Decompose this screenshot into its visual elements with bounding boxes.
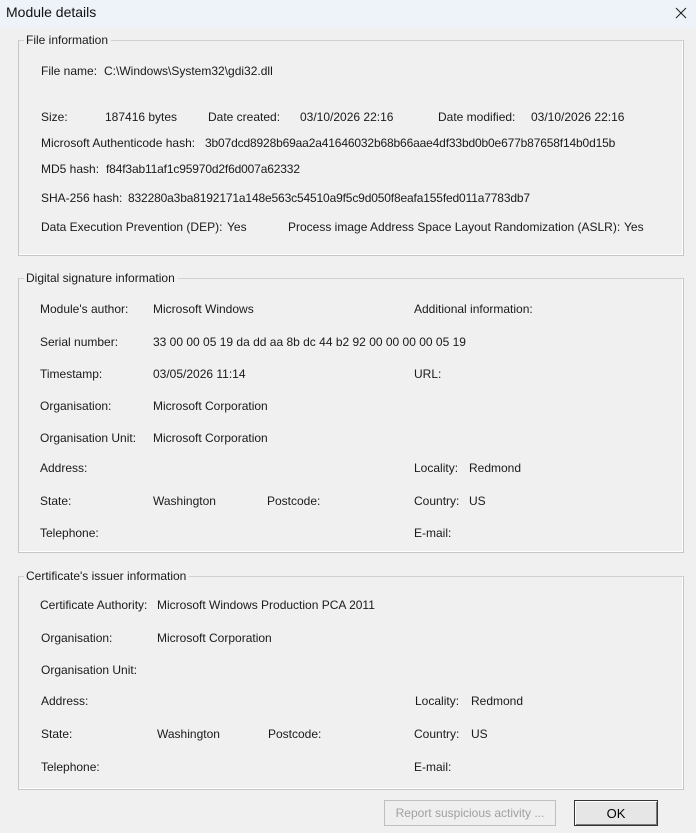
issuer-org-unit-label: Organisation Unit: xyxy=(41,663,137,677)
close-icon xyxy=(675,7,687,19)
file-name-value: C:\Windows\System32\gdi32.dll xyxy=(104,64,273,78)
sig-country-label: Country: xyxy=(414,494,459,508)
date-created-label: Date created: xyxy=(208,110,280,124)
window-title: Module details xyxy=(6,4,96,20)
authenticode-hash-label: Microsoft Authenticode hash: xyxy=(41,136,195,150)
sig-author-value: Microsoft Windows xyxy=(153,302,254,316)
sig-org-value: Microsoft Corporation xyxy=(153,399,268,413)
issuer-state-value: Washington xyxy=(157,727,220,741)
sig-country-value: US xyxy=(469,494,486,508)
title-bar: Module details xyxy=(0,0,696,27)
sig-address-label: Address: xyxy=(40,461,87,475)
issuer-country-value: US xyxy=(471,727,488,741)
issuer-ca-value: Microsoft Windows Production PCA 2011 xyxy=(157,598,375,612)
md5-hash-label: MD5 hash: xyxy=(41,162,99,176)
sig-postcode-label: Postcode: xyxy=(267,494,320,508)
issuer-state-label: State: xyxy=(41,727,72,741)
size-label: Size: xyxy=(41,110,68,124)
issuer-postcode-label: Postcode: xyxy=(268,727,321,741)
md5-hash-value: f84f3ab11af1c95970d2f6d007a62332 xyxy=(106,162,300,176)
authenticode-hash-value: 3b07dcd8928b69aa2a41646032b68b66aae4df33… xyxy=(205,136,615,150)
sig-state-value: Washington xyxy=(153,494,216,508)
sig-url-label: URL: xyxy=(414,367,441,381)
date-modified-label: Date modified: xyxy=(438,110,515,124)
issuer-address-label: Address: xyxy=(41,694,88,708)
sig-locality-label: Locality: xyxy=(414,461,458,475)
sig-org-unit-label: Organisation Unit: xyxy=(40,431,136,445)
date-modified-value: 03/10/2026 22:16 xyxy=(531,110,624,124)
certificate-issuer-legend: Certificate's issuer information xyxy=(24,570,189,582)
issuer-locality-value: Redmond xyxy=(471,694,523,708)
digital-signature-legend: Digital signature information xyxy=(24,272,178,284)
file-name-label: File name: xyxy=(41,64,97,78)
sig-state-label: State: xyxy=(40,494,71,508)
aslr-label: Process image Address Space Layout Rando… xyxy=(288,220,620,234)
dep-value: Yes xyxy=(227,220,247,234)
aslr-value: Yes xyxy=(624,220,644,234)
issuer-telephone-label: Telephone: xyxy=(41,760,100,774)
close-button[interactable] xyxy=(666,0,696,25)
sha256-hash-label: SHA-256 hash: xyxy=(41,191,122,205)
size-value: 187416 bytes xyxy=(105,110,177,124)
dep-label: Data Execution Prevention (DEP): xyxy=(41,220,222,234)
sig-telephone-label: Telephone: xyxy=(40,526,99,540)
sig-locality-value: Redmond xyxy=(469,461,521,475)
issuer-org-label: Organisation: xyxy=(41,631,112,645)
report-suspicious-activity-button[interactable]: Report suspicious activity ... xyxy=(384,800,556,826)
date-created-value: 03/10/2026 22:16 xyxy=(300,110,393,124)
sig-org-label: Organisation: xyxy=(40,399,111,413)
sig-timestamp-label: Timestamp: xyxy=(40,367,102,381)
sig-email-label: E-mail: xyxy=(414,526,451,540)
sig-org-unit-value: Microsoft Corporation xyxy=(153,431,268,445)
sig-timestamp-value: 03/05/2026 11:14 xyxy=(153,367,246,381)
issuer-org-value: Microsoft Corporation xyxy=(157,631,272,645)
module-details-dialog: Module details File information File nam… xyxy=(0,0,696,833)
ok-button[interactable]: OK xyxy=(574,800,658,826)
sig-serial-value: 33 00 00 05 19 da dd aa 8b dc 44 b2 92 0… xyxy=(153,335,466,349)
issuer-ca-label: Certificate Authority: xyxy=(40,598,147,612)
issuer-locality-label: Locality: xyxy=(415,694,459,708)
sig-author-label: Module's author: xyxy=(40,302,128,316)
file-information-legend: File information xyxy=(24,34,111,46)
sha256-hash-value: 832280a3ba8192171a148e563c54510a9f5c9d05… xyxy=(128,191,530,205)
issuer-country-label: Country: xyxy=(414,727,459,741)
sig-additional-info-label: Additional information: xyxy=(414,302,533,316)
sig-serial-label: Serial number: xyxy=(40,335,118,349)
issuer-email-label: E-mail: xyxy=(414,760,451,774)
